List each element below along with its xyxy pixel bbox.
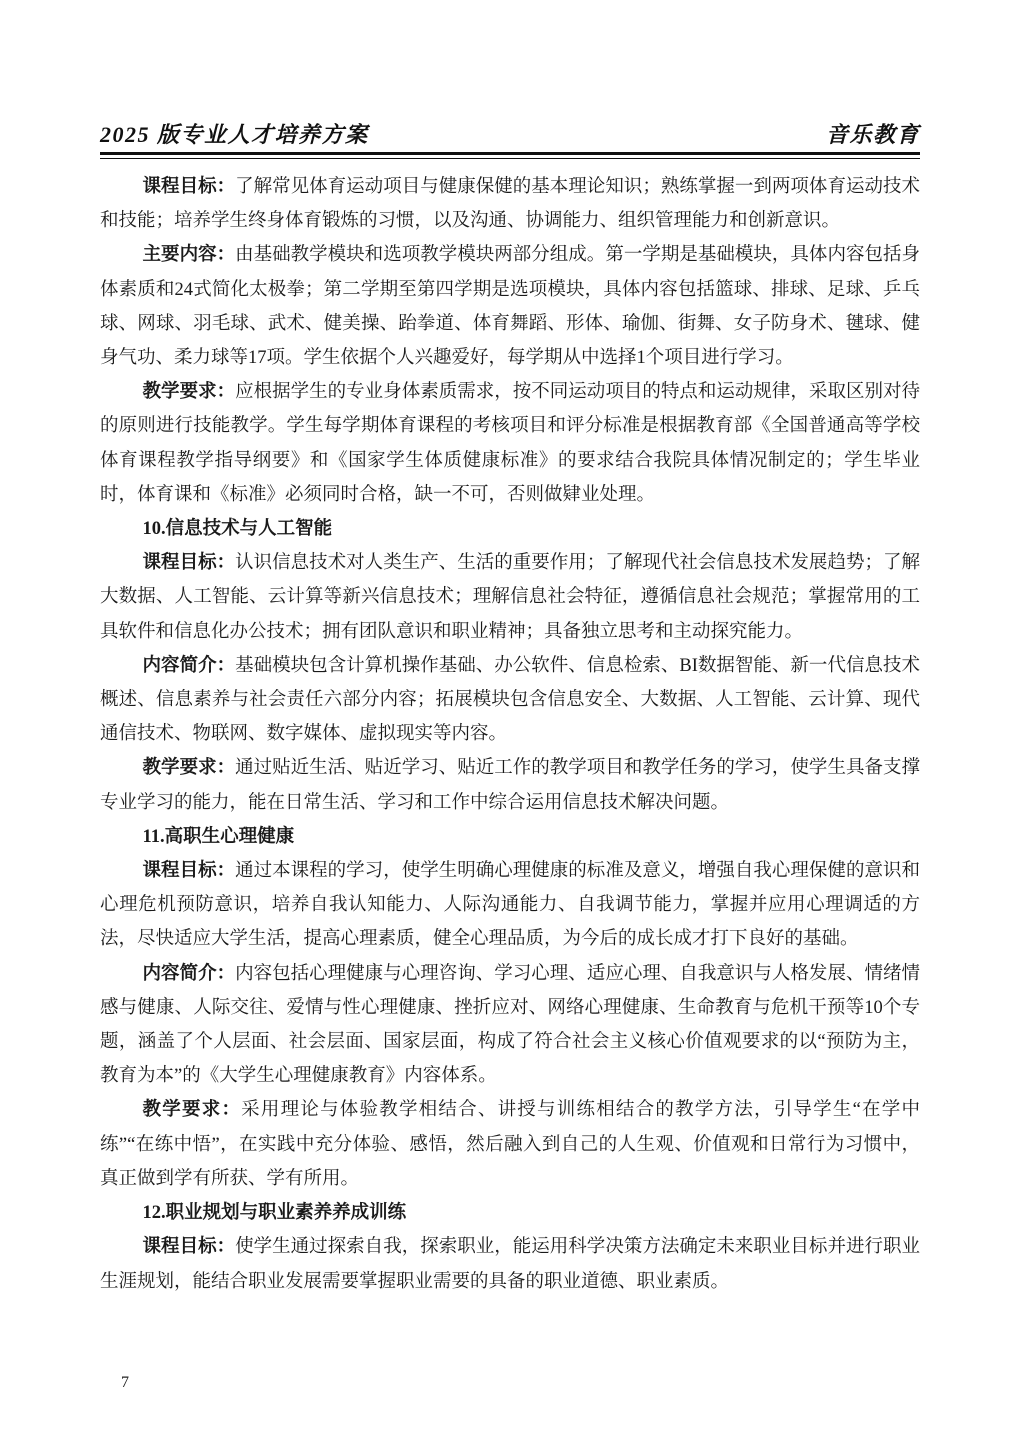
- header-major-name: 音乐教育: [826, 118, 920, 149]
- paragraph-label: 主要内容：: [143, 245, 236, 265]
- paragraph: 教学要求：应根据学生的专业身体素质需求，按不同运动项目的特点和运动规律，采取区别…: [100, 375, 920, 512]
- paragraph: 课程目标：认识信息技术对人类生产、生活的重要作用；了解现代社会信息技术发展趋势；…: [100, 546, 920, 649]
- paragraph: 教学要求：采用理论与体验教学相结合、讲授与训练相结合的教学方法，引导学生“在学中…: [100, 1093, 920, 1196]
- page-number: 7: [121, 1374, 129, 1391]
- paragraph: 内容简介：基础模块包含计算机操作基础、办公软件、信息检索、BI数据智能、新一代信…: [100, 649, 920, 752]
- section-heading: 12.职业规划与职业素养养成训练: [100, 1196, 920, 1230]
- header-document-title: 2025 版专业人才培养方案: [100, 118, 369, 149]
- paragraph-label: 课程目标：: [143, 177, 236, 197]
- document-body: 课程目标：了解常见体育运动项目与健康保健的基本理论知识；熟练掌握一到两项体育运动…: [100, 170, 920, 1299]
- paragraph-label: 内容简介：: [143, 964, 236, 984]
- page-header: 2025 版专业人才培养方案 音乐教育: [100, 118, 920, 159]
- paragraph: 课程目标：了解常见体育运动项目与健康保健的基本理论知识；熟练掌握一到两项体育运动…: [100, 170, 920, 238]
- paragraph: 教学要求：通过贴近生活、贴近学习、贴近工作的教学项目和教学任务的学习，使学生具备…: [100, 751, 920, 819]
- section-heading: 11.高职生心理健康: [100, 820, 920, 854]
- paragraph-label: 教学要求：: [143, 1100, 242, 1120]
- paragraph-label: 课程目标：: [143, 1237, 236, 1257]
- header-rule: [100, 152, 920, 159]
- paragraph: 主要内容：由基础教学模块和选项教学模块两部分组成。第一学期是基础模块，具体内容包…: [100, 238, 920, 375]
- paragraph: 内容简介：内容包括心理健康与心理咨询、学习心理、适应心理、自我意识与人格发展、情…: [100, 957, 920, 1094]
- paragraph-label: 课程目标：: [143, 553, 236, 573]
- page-footer: 7: [121, 1374, 129, 1392]
- paragraph: 课程目标：通过本课程的学习，使学生明确心理健康的标准及意义，增强自我心理保健的意…: [100, 854, 920, 957]
- paragraph: 课程目标：使学生通过探索自我，探索职业，能运用科学决策方法确定未来职业目标并进行…: [100, 1230, 920, 1298]
- paragraph-label: 教学要求：: [143, 382, 236, 402]
- document-page: 2025 版专业人才培养方案 音乐教育 课程目标：了解常见体育运动项目与健康保健…: [0, 0, 1024, 1448]
- paragraph-label: 课程目标：: [143, 861, 236, 881]
- section-heading: 10.信息技术与人工智能: [100, 512, 920, 546]
- paragraph-label: 内容简介：: [143, 656, 236, 676]
- paragraph-label: 教学要求：: [143, 758, 236, 778]
- header-row: 2025 版专业人才培养方案 音乐教育: [100, 118, 920, 149]
